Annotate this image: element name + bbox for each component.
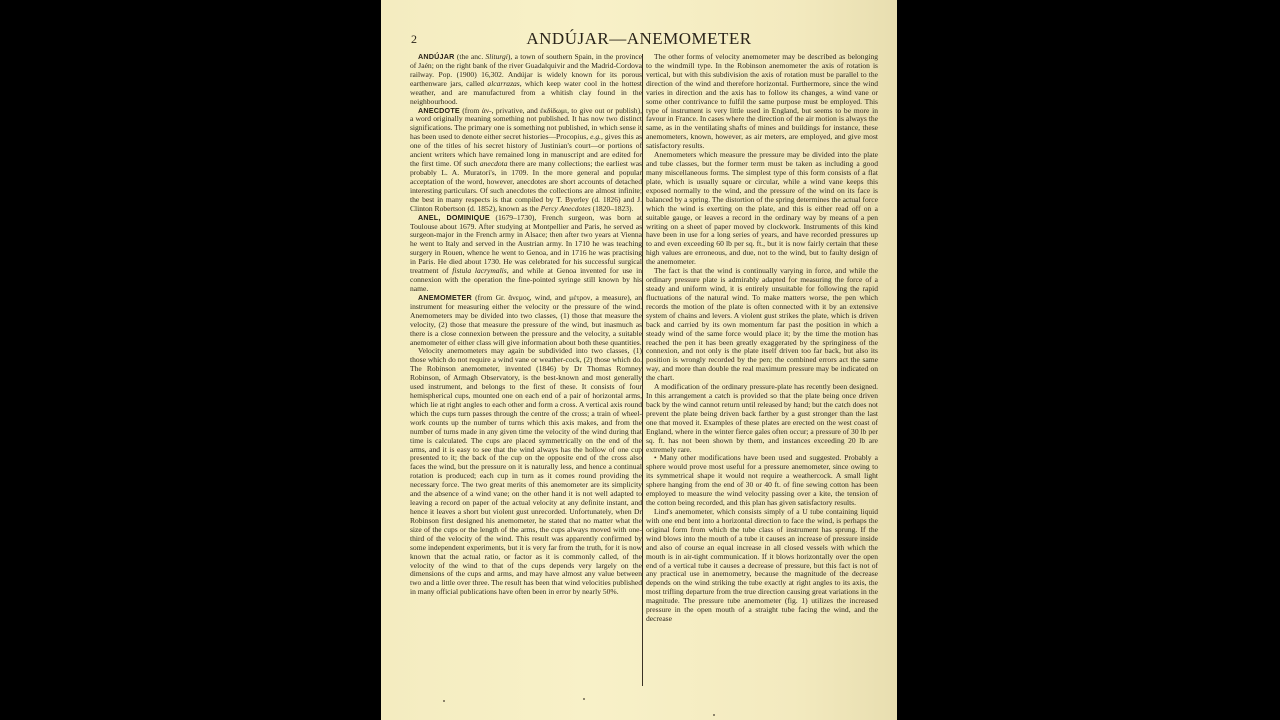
paragraph: The fact is that the wind is continually… — [646, 267, 878, 383]
headword: ANDÚJAR — [418, 52, 455, 61]
entry-italic: alcarrazas — [487, 79, 519, 88]
left-column: ANDÚJAR (the anc. Sliturgi), a town of s… — [410, 53, 642, 597]
paragraph: Anemometers which measure the pressure m… — [646, 151, 878, 267]
entry-text: (1820–1823). — [591, 204, 634, 213]
entry-italic: e.g. — [590, 132, 601, 141]
paper-speck — [583, 698, 585, 700]
paragraph: A modification of the ordinary pressure-… — [646, 383, 878, 454]
paper-speck — [443, 700, 445, 702]
entry-text: (the anc. — [455, 52, 486, 61]
page-header: 2 ANDÚJAR—ANEMOMETER — [381, 29, 897, 49]
paragraph: • Many other modifications have been use… — [646, 454, 878, 508]
paragraph-velocity: Velocity anemometers may again be subdiv… — [410, 347, 642, 597]
headword: ANEMOMETER — [418, 293, 472, 302]
entry-anecdote: ANECDOTE (from ἀν-, privative, and ἐκδίδ… — [410, 107, 642, 214]
entry-italic: fistula lacrymalis — [452, 266, 506, 275]
entry-italic: Sliturgi — [486, 52, 508, 61]
paragraph: Lind's anemometer, which consists simply… — [646, 508, 878, 624]
paper-speck — [713, 714, 715, 716]
scanned-page: 2 ANDÚJAR—ANEMOMETER ANDÚJAR (the anc. S… — [381, 0, 897, 720]
headword: ANEL, DOMINIQUE — [418, 213, 490, 222]
column-divider — [642, 54, 643, 686]
paragraph: The other forms of velocity anemometer m… — [646, 53, 878, 151]
running-title: ANDÚJAR—ANEMOMETER — [381, 29, 897, 49]
headword: ANECDOTE — [418, 106, 460, 115]
entry-italic: anecdota — [480, 159, 508, 168]
entry-italic: Percy Anecdotes — [541, 204, 591, 213]
right-column: The other forms of velocity anemometer m… — [646, 53, 878, 624]
entry-anemometer: ANEMOMETER (from Gr. ἄνεμος, wind, and μ… — [410, 294, 642, 348]
entry-anel: ANEL, DOMINIQUE (1679–1730), French surg… — [410, 214, 642, 294]
entry-text: (from Gr. ἄνεμος, wind, and μέτρον, a me… — [410, 293, 642, 347]
entry-andujar: ANDÚJAR (the anc. Sliturgi), a town of s… — [410, 53, 642, 107]
